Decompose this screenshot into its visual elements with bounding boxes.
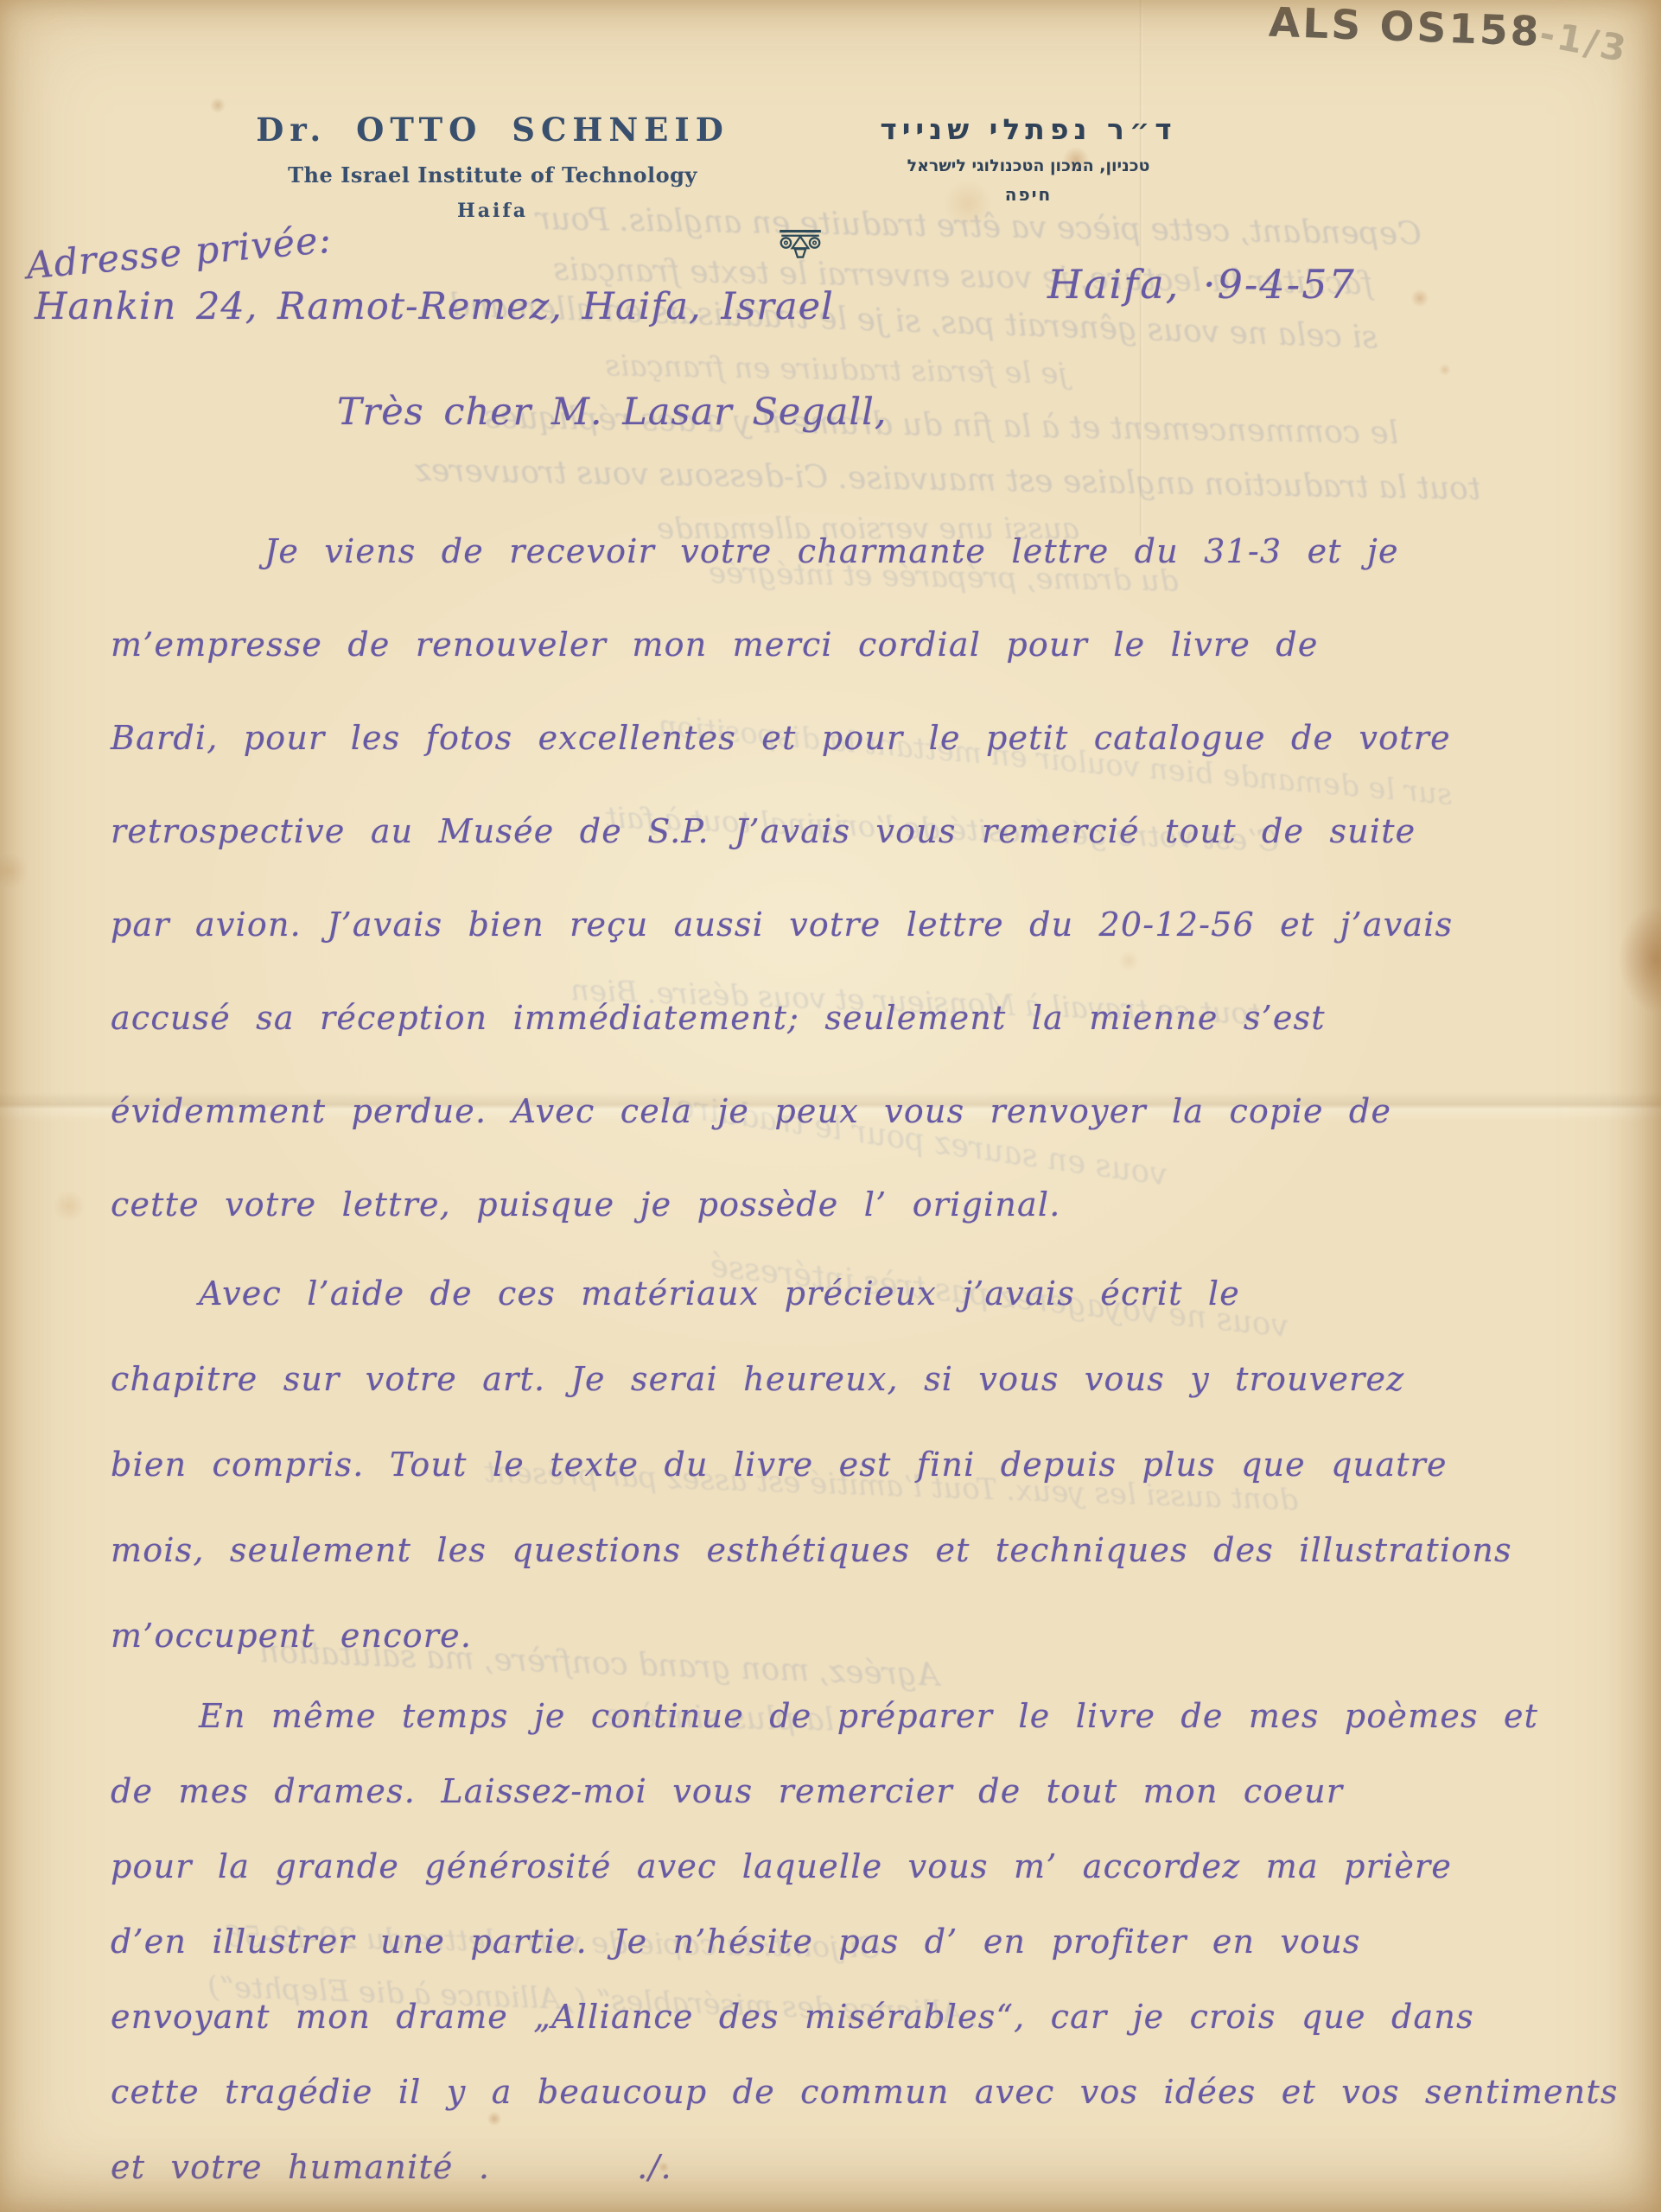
letterhead-institute-en: The Israel Institute of Technology (242, 162, 743, 188)
letterhead-institute-he: טכניון, המכון הטכנולוגי לישראל (825, 156, 1231, 175)
column-capital-icon (775, 225, 825, 264)
salutation: Très cher M. Lasar Segall, (337, 391, 1611, 505)
handwriting-line: pour la grande générosité avec laquelle … (111, 1829, 1611, 1904)
letterhead-name-en: Dr. OTTO SCHNEID (242, 111, 743, 149)
handwriting-line: cette votre lettre, puisque je possède l… (111, 1158, 1611, 1251)
closing-mark: ./. (637, 2148, 672, 2186)
letterhead-city-he: חיפה (825, 184, 1231, 205)
bleedthrough-line: je le ferais traduire en français (605, 348, 1068, 391)
handwriting-line: retrospective au Musée de S.P. J’avais v… (111, 785, 1611, 878)
handwriting-line: m’occupent encore. (111, 1593, 1611, 1679)
letterhead-hebrew: ד״ר נפתלי שנייד טכניון, המכון הטכנולוגי … (825, 112, 1231, 205)
handwriting-line: Avec l’aide de ces matériaux précieux j’… (111, 1251, 1611, 1337)
handwriting-line: Bardi, pour les fotos excellentes et pou… (111, 691, 1611, 785)
scanned-letter-page: Cependant, cette pièce va être traduite … (0, 0, 1661, 2212)
handwriting-line: chapitre sur votre art. Je serai heureux… (111, 1337, 1611, 1422)
letterhead-english: Dr. OTTO SCHNEID The Israel Institute of… (242, 111, 743, 222)
handwriting-line: cette tragédie il y a beaucoup de commun… (111, 2055, 1611, 2130)
pencil-annotation: ALS OS158-1/3 (1268, 0, 1631, 59)
annotation-suffix: -1/3 (1537, 12, 1632, 71)
dateline: Haifa, ·9-4-57 (1047, 261, 1356, 308)
paragraph: Avec l’aide de ces matériaux précieux j’… (111, 1251, 1611, 1679)
handwriting-line: bien compris. Tout le texte du livre est… (111, 1422, 1611, 1508)
handwriting-line: m’empresse de renouveler mon merci cordi… (111, 598, 1611, 691)
handwriting-line: En même temps je continue de préparer le… (111, 1679, 1611, 1754)
letterhead-name-he: ד״ר נפתלי שנייד (825, 112, 1231, 146)
paragraph: Je viens de recevoir votre charmante let… (111, 505, 1611, 1251)
handwriting-line: par avion. J’avais bien reçu aussi votre… (111, 878, 1611, 971)
letter-body: Très cher M. Lasar Segall, Je viens de r… (111, 391, 1611, 2205)
handwriting-line: d’en illustrer une partie. Je n’hésite p… (111, 1904, 1611, 1980)
paragraph: En même temps je continue de préparer le… (111, 1679, 1611, 2205)
handwriting-line: accusé sa réception immédiatement; seule… (111, 971, 1611, 1065)
private-address: Hankin 24, Ramot-Remez, Haifa, Israel (35, 285, 834, 328)
handwriting-line: mois, seulement les questions esthétique… (111, 1508, 1611, 1593)
handwriting-line: de mes drames. Laissez-moi vous remercie… (111, 1754, 1611, 1829)
handwriting-line: et votre humanité ../. (111, 2130, 1611, 2205)
handwriting-line: envoyant mon drame „Alliance des misérab… (111, 1980, 1611, 2055)
private-address-label: Adresse privée: (24, 219, 333, 289)
handwriting-line: Je viens de recevoir votre charmante let… (111, 505, 1611, 598)
annotation-code: ALS OS158 (1268, 0, 1542, 56)
handwriting-line: évidemment perdue. Avec cela je peux vou… (111, 1065, 1611, 1158)
